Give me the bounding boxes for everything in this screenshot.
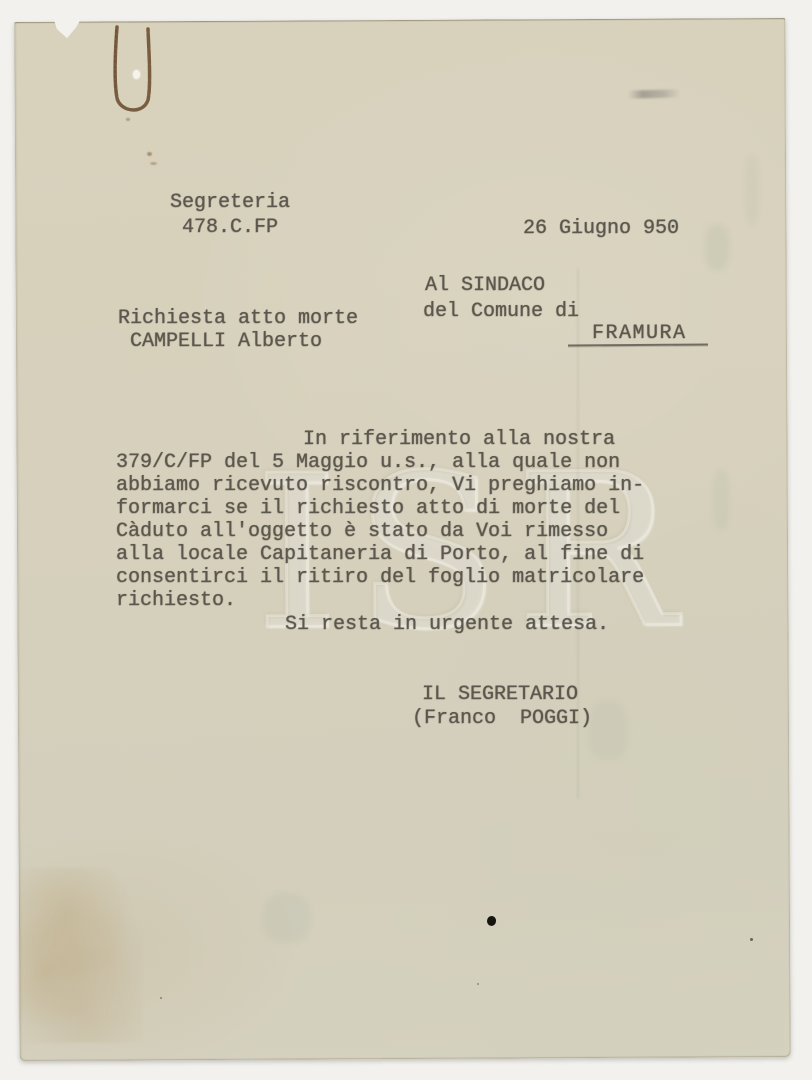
subject-line: Richiesta atto morte — [118, 308, 358, 329]
body-line: abbiamo ricevuto riscontro, Vi preghiamo… — [116, 475, 644, 496]
subject-line: CAMPELLI Alberto — [130, 331, 322, 352]
body-line: 379/C/FP del 5 Maggio u.s., alla quale n… — [116, 452, 620, 473]
recipient-municipality: FRAMURA — [592, 323, 687, 344]
body-line: consentirci il ritiro del foglio matrico… — [116, 567, 644, 588]
letter-date: 26 Giugno 950 — [523, 218, 679, 239]
protocol-number: 478.C.FP — [182, 217, 278, 238]
closing-line: Si resta in urgente attesa. — [285, 614, 609, 635]
signature-title: IL SEGRETARIO — [422, 684, 578, 705]
recipient-line: del Comune di — [423, 301, 579, 322]
body-line: In riferimento alla nostra — [303, 429, 615, 450]
office-label: Segreteria — [170, 192, 290, 213]
typewritten-text-layer: Segreteria 478.C.FP 26 Giugno 950 Al SIN… — [0, 0, 812, 1080]
body-line: richiesto. — [116, 590, 236, 611]
body-line: Càduto all'oggetto è stato da Voi rimess… — [116, 521, 608, 542]
body-line: formarci se il richiesto atto di morte d… — [116, 498, 620, 519]
recipient-line: Al SINDACO — [425, 275, 545, 296]
municipality-underline — [568, 344, 708, 347]
scan-canvas: ISR Segreteria 478.C.FP 26 Giugno 950 Al… — [0, 0, 812, 1080]
body-line: alla locale Capitaneria di Porto, al fin… — [116, 544, 644, 565]
signature-name: (Franco POGGI) — [412, 708, 592, 729]
